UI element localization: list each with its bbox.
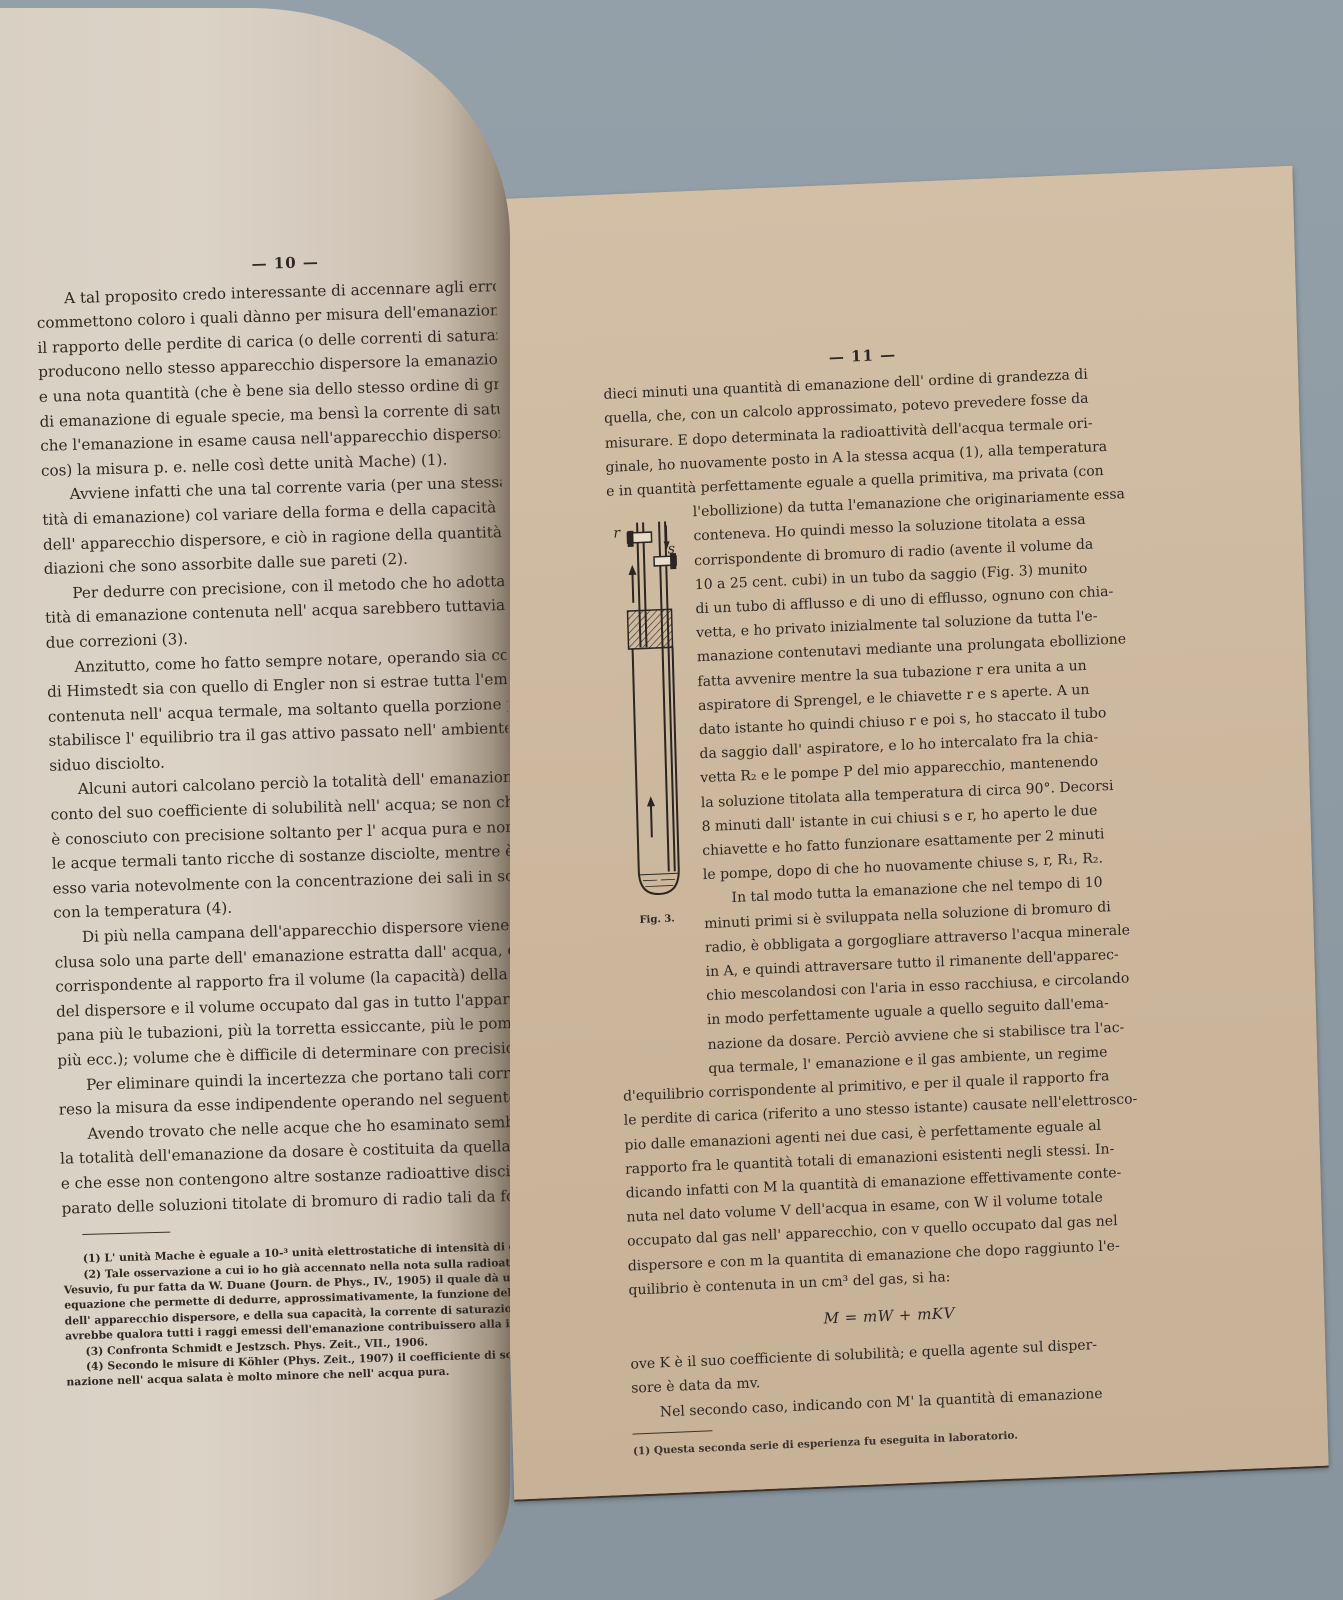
figure-3: r s [607, 501, 701, 1085]
photo-scene: — 11 — dieci minuti una quantità di eman… [0, 0, 1343, 1600]
intro-paragraph: dieci minuti una quantità di emanazione … [603, 361, 1126, 504]
right-page: — 11 — dieci minuti una quantità di eman… [478, 166, 1329, 1500]
figure-wrapped-text: l'ebollizione) da tutta l'emanazione che… [692, 482, 1142, 1081]
figure-wrap-block: r s [607, 482, 1143, 1084]
equation: M = mW + mKV [629, 1293, 1149, 1339]
footnote: (1) Questa seconda serie di esperienza f… [633, 1423, 1153, 1460]
body-paragraph: d'equilibrio corrispondente al primitivo… [623, 1063, 1149, 1303]
left-page: — 10 — A tal proposito credo interessant… [0, 8, 510, 1600]
figure-caption: Fig. 3. [618, 907, 697, 934]
test-tube-apparatus-icon: r s [607, 501, 696, 904]
post-equation-paragraph: ove K è il suo coefficiente di solubilit… [630, 1331, 1152, 1425]
left-page-content: — 10 — A tal proposito credo interessant… [35, 245, 510, 1390]
footnote-divider [82, 1232, 170, 1235]
valve-r-label: r [613, 526, 621, 542]
right-page-content: — 11 — dieci minuti una quantità di eman… [602, 333, 1152, 1459]
footnote-divider [632, 1430, 712, 1434]
